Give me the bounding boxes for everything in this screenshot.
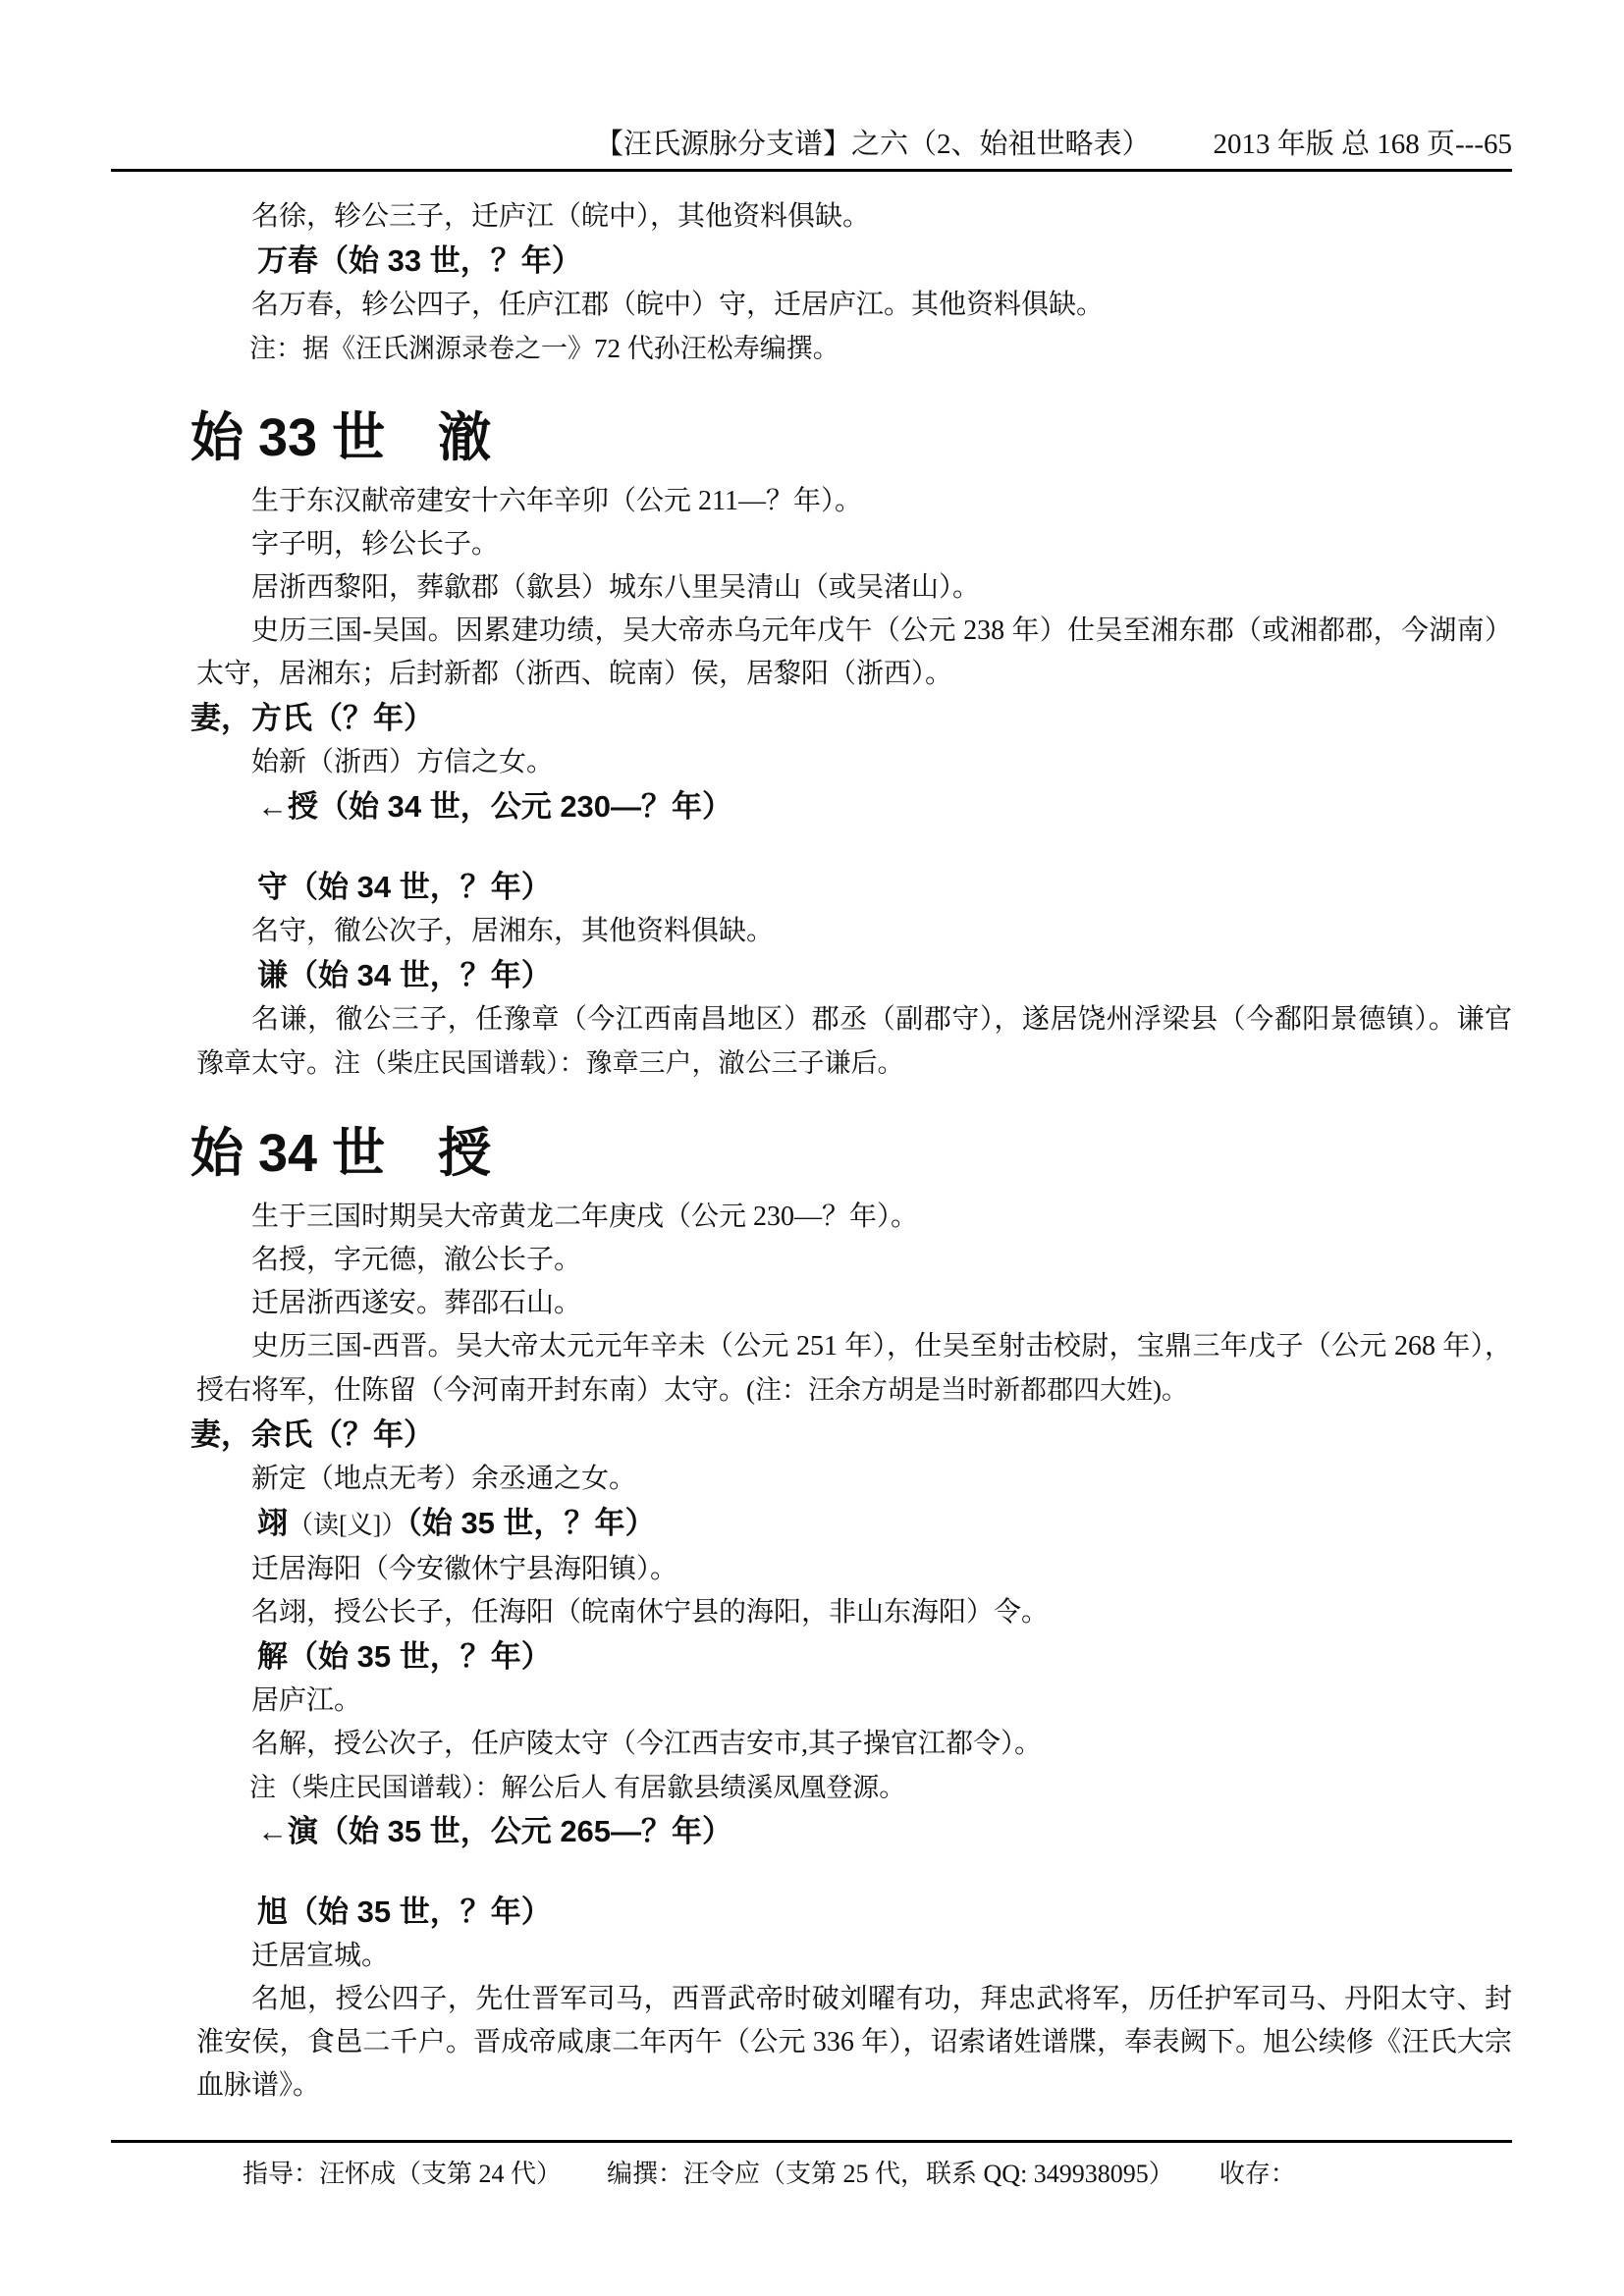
gen33-wife: 妻，方氏（？年） bbox=[190, 696, 1512, 741]
footer-line: 指导：汪怀成（支第 24 代） 编撰：汪令应（支第 25 代，联系 QQ: 34… bbox=[111, 2159, 1512, 2190]
gen33-heir-entry: ←授（始 34 世，公元 230—？年） bbox=[196, 784, 1512, 829]
jie-residence: 居庐江。 bbox=[196, 1680, 1512, 1723]
jie-description: 名解，授公次子，任庐陵太守（今江西吉安市,其子操官江都令）。 bbox=[196, 1723, 1512, 1766]
document-page: 【汪氏源脉分支谱】之六（2、始祖世略表） 2013 年版 总 168 页---6… bbox=[0, 0, 1624, 2296]
footer-guide: 指导：汪怀成（支第 24 代） bbox=[243, 2159, 562, 2190]
header-title: 【汪氏源脉分支谱】之六（2、始祖世略表） bbox=[595, 128, 1151, 161]
entry-jie: 解（始 35 世，？年） bbox=[196, 1634, 1512, 1680]
page-header: 【汪氏源脉分支谱】之六（2、始祖世略表） 2013 年版 总 168 页---6… bbox=[111, 0, 1512, 172]
gen34-heading: 始 34 世 授 bbox=[190, 1123, 1512, 1184]
qian-note: 注（柴庄民国谱载）：豫章三户，澈公三子谦后。 bbox=[334, 1048, 904, 1078]
gen34-birth: 生于三国时期吴大帝黄龙二年庚戌（公元 230—？年）。 bbox=[196, 1196, 1512, 1239]
yi-entry-rest: （始 35 世，？年） bbox=[406, 1506, 655, 1540]
header-line: 【汪氏源脉分支谱】之六（2、始祖世略表） 2013 年版 总 168 页---6… bbox=[111, 128, 1512, 161]
xu-residence: 迁居宣城。 bbox=[196, 1935, 1512, 1978]
blank-line bbox=[196, 1854, 1512, 1890]
gen34-history-note: (注：汪余方胡是当时新都郡四大姓)。 bbox=[746, 1375, 1188, 1405]
qian-description: 名谦，徹公三子，任豫章（今江西南昌地区）郡丞（副郡守），遂居饶州浮梁县（今鄱阳景… bbox=[196, 998, 1512, 1086]
page-content: 名徐，轸公三子，迁庐江（皖中），其他资料俱缺。 万春（始 33 世，？年） 名万… bbox=[196, 172, 1512, 2108]
gen34-heir-entry: ←演（始 35 世，公元 265—？年） bbox=[196, 1809, 1512, 1854]
xu-gen35-description: 名旭，授公四子，先仕晋军司马，西晋武帝时破刘曜有功，拜忠武将军，历任护军司马、丹… bbox=[196, 1978, 1512, 2108]
entry-wanchun: 万春（始 33 世，？年） bbox=[196, 239, 1512, 284]
blank-line bbox=[196, 829, 1512, 865]
shou-description: 名守，徹公次子，居湘东，其他资料俱缺。 bbox=[196, 910, 1512, 953]
gen33-courtesy-name: 字子明，轸公长子。 bbox=[196, 523, 1512, 566]
gen34-residence: 迁居浙西遂安。葬邵石山。 bbox=[196, 1282, 1512, 1325]
yi-name: 翊 bbox=[257, 1506, 288, 1540]
gen34-history: 史历三国-西晋。吴大帝太元元年辛未（公元 251 年），仕吴至射击校尉，宝鼎三年… bbox=[196, 1325, 1512, 1413]
gen34-wife-detail: 新定（地点无考）余丞通之女。 bbox=[196, 1458, 1512, 1501]
footer-compiler: 编撰：汪令应（支第 25 代，联系 QQ: 349938095） bbox=[607, 2159, 1174, 2190]
footer-keeper: 收存： bbox=[1219, 2159, 1296, 2190]
jie-note: 注（柴庄民国谱载）：解公后人 有居歙县绩溪凤凰登源。 bbox=[196, 1766, 1512, 1809]
entry-qian: 谦（始 34 世，？年） bbox=[196, 953, 1512, 998]
gen33-birth: 生于东汉献帝建安十六年辛卯（公元 211—？年）。 bbox=[196, 480, 1512, 523]
gen33-heading: 始 33 世 澈 bbox=[190, 407, 1512, 468]
gen34-name-line: 名授，字元德，澈公长子。 bbox=[196, 1239, 1512, 1282]
gen34-wife: 妻，余氏（？年） bbox=[190, 1413, 1512, 1458]
gen33-residence: 居浙西黎阳，葬歙郡（歙县）城东八里吴清山（或吴渚山）。 bbox=[196, 566, 1512, 610]
yi-reading: （读[义]） bbox=[288, 1511, 406, 1539]
gen33-wife-detail: 始新（浙西）方信之女。 bbox=[196, 741, 1512, 784]
entry-shou: 守（始 34 世，？年） bbox=[196, 865, 1512, 910]
gen33-history: 史历三国-吴国。因累建功绩，吴大帝赤乌元年戊午（公元 238 年）仕吴至湘东郡（… bbox=[196, 610, 1512, 696]
entry-xu: 旭（始 35 世，？年） bbox=[196, 1890, 1512, 1935]
yi-residence: 迁居海阳（今安徽休宁县海阳镇）。 bbox=[196, 1548, 1512, 1591]
source-note: 注：据《汪氏渊源录卷之一》72 代孙汪松寿编撰。 bbox=[196, 327, 1512, 370]
wanchun-description: 名万春，轸公四子，任庐江郡（皖中）守，迁居庐江。其他资料俱缺。 bbox=[196, 284, 1512, 327]
page-footer: 指导：汪怀成（支第 24 代） 编撰：汪令应（支第 25 代，联系 QQ: 34… bbox=[111, 2140, 1512, 2190]
header-edition-page: 2013 年版 总 168 页---65 bbox=[1214, 128, 1512, 161]
yi-description: 名翊，授公长子，任海阳（皖南休宁县的海阳，非山东海阳）令。 bbox=[196, 1591, 1512, 1634]
xu-description: 名徐，轸公三子，迁庐江（皖中），其他资料俱缺。 bbox=[196, 195, 1512, 239]
entry-yi: 翊（读[义]）（始 35 世，？年） bbox=[196, 1501, 1512, 1548]
